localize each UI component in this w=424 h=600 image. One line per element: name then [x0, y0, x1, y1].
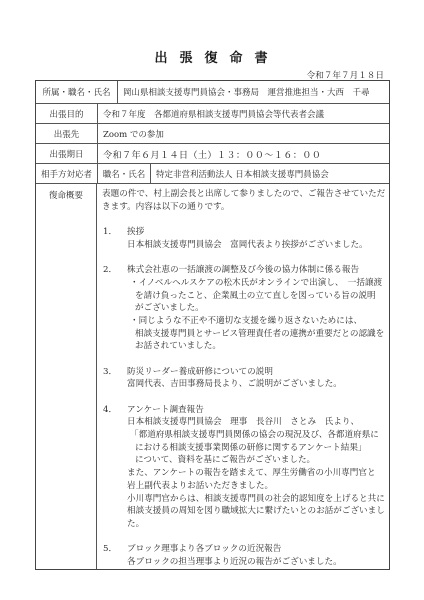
row-destination: 出張先 Zoom での参加 — [36, 124, 389, 144]
affiliation-value: 岡山県相談支援専門員協会・事務局 運営推進担当・大西 千尋 — [118, 81, 389, 103]
item-heading-text: 防災リーダー養成研修についての説明 — [127, 367, 273, 377]
summary-item-line: がございました。 — [102, 302, 389, 315]
datetime-label: 出張期日 — [36, 144, 98, 163]
summary-item-line: を請け負ったこと、企業風土の立て直しを図っている旨の説明 — [102, 290, 389, 303]
summary-item-line: ・イノベルヘルスケアの松木氏がオンラインで出演し、 一括譲渡 — [102, 277, 389, 290]
summary-item-line: における相談支援事業関係の研修に関するアンケート結果」 — [102, 442, 389, 455]
item-heading-text: ブロック理事より各ブロックの近況報告 — [127, 544, 281, 554]
summary-item-line: 小川専門官からは、相談支援専門員の社会的認知度を上げると共に — [102, 493, 389, 506]
item-heading-text: アンケート調査報告 — [127, 405, 204, 415]
summary-item-line: 相談支援員の周知を図り職域拡大に繋げたいとのお話がございまし — [102, 505, 389, 518]
summary-body: 表題の件で、村上副会長と出席して参りましたので、ご報告させていただ きます。内容… — [98, 184, 389, 569]
counterpart-label: 相手方対応者 — [36, 164, 98, 183]
row-summary: 復命概要 表題の件で、村上副会長と出席して参りましたので、ご報告させていただ き… — [36, 184, 389, 569]
summary-item-heading: 2．株式会社恵の一括譲渡の調整及び今後の協力体制に係る報告 — [102, 264, 389, 277]
summary-item-heading: 5．ブロック理事より各ブロックの近況報告 — [102, 543, 389, 556]
summary-item-line: 「都道府県相談支援専門員関係の協会の現況及び、各都道府県に — [102, 429, 389, 442]
summary-item-line: 岩上副代表よりお話いただきました。 — [102, 480, 389, 493]
summary-item-line: 日本相談支援専門員協会 理事 長谷川 さとみ 氏より、 — [102, 416, 389, 429]
summary-item-line: 日本相談支援専門員協会 富岡代表より挨拶がございました。 — [102, 239, 389, 252]
item-number: 1． — [102, 226, 127, 239]
item-heading-text: 挨拶 — [127, 227, 144, 237]
summary-intro-line: きます。内容は以下の通りです。 — [102, 201, 389, 214]
item-number: 3． — [102, 366, 127, 379]
summary-intro-line: 表題の件で、村上副会長と出席して参りましたので、ご報告させていただ — [102, 188, 389, 201]
counterpart-sublabel: 職名・氏名 — [98, 164, 151, 183]
destination-label: 出張先 — [36, 124, 98, 143]
summary-item-line: 各ブロックの担当理事より近況の報告がございました。 — [102, 556, 389, 569]
document-title: 出張復命書 — [0, 47, 424, 66]
item-number: 5． — [102, 543, 127, 556]
affiliation-label: 所属・職名・氏名 — [36, 81, 118, 103]
summary-item-line: また、アンケートの報告を踏まえて、厚生労働省の小川専門官と — [102, 467, 389, 480]
summary-item-line: た。 — [102, 518, 389, 531]
report-table: 所属・職名・氏名 岡山県相談支援専門員協会・事務局 運営推進担当・大西 千尋 出… — [35, 80, 390, 570]
purpose-label: 出張目的 — [36, 104, 98, 123]
summary-item-line: 相談支援専門員とサービス管理責任者の連携が重要だとの認識を — [102, 328, 389, 341]
item-number: 4． — [102, 404, 127, 417]
row-affiliation: 所属・職名・氏名 岡山県相談支援専門員協会・事務局 運営推進担当・大西 千尋 — [36, 81, 389, 104]
counterpart-value: 特定非営利活動法人 日本相談支援専門員協会 — [151, 164, 389, 183]
row-datetime: 出張期日 令和７年６月１４日（土）１３：００～１６：００ — [36, 144, 389, 164]
summary-item-heading: 3．防災リーダー養成研修についての説明 — [102, 366, 389, 379]
item-heading-text: 株式会社恵の一括譲渡の調整及び今後の協力体制に係る報告 — [127, 265, 359, 275]
summary-item-line: 富岡代表、吉田事務局長より、ご説明がございました。 — [102, 378, 389, 391]
summary-item-heading: 1．挨拶 — [102, 226, 389, 239]
item-number: 2． — [102, 264, 127, 277]
summary-item-line: ・同じような不正や不適切な支援を繰り返さないためには、 — [102, 315, 389, 328]
datetime-value: 令和７年６月１４日（土）１３：００～１６：００ — [98, 144, 389, 163]
row-counterpart: 相手方対応者 職名・氏名 特定非営利活動法人 日本相談支援専門員協会 — [36, 164, 389, 184]
summary-label: 復命概要 — [36, 184, 97, 569]
summary-item-heading: 4．アンケート調査報告 — [102, 404, 389, 417]
summary-item-line: お話されていました。 — [102, 340, 389, 353]
purpose-value: 令和７年度 各都道府県相談支援専門員協会等代表者会議 — [98, 104, 389, 123]
summary-item-line: について、資料を基にご報告がございました。 — [102, 454, 389, 467]
destination-value: Zoom での参加 — [98, 124, 389, 143]
row-purpose: 出張目的 令和７年度 各都道府県相談支援専門員協会等代表者会議 — [36, 104, 389, 124]
